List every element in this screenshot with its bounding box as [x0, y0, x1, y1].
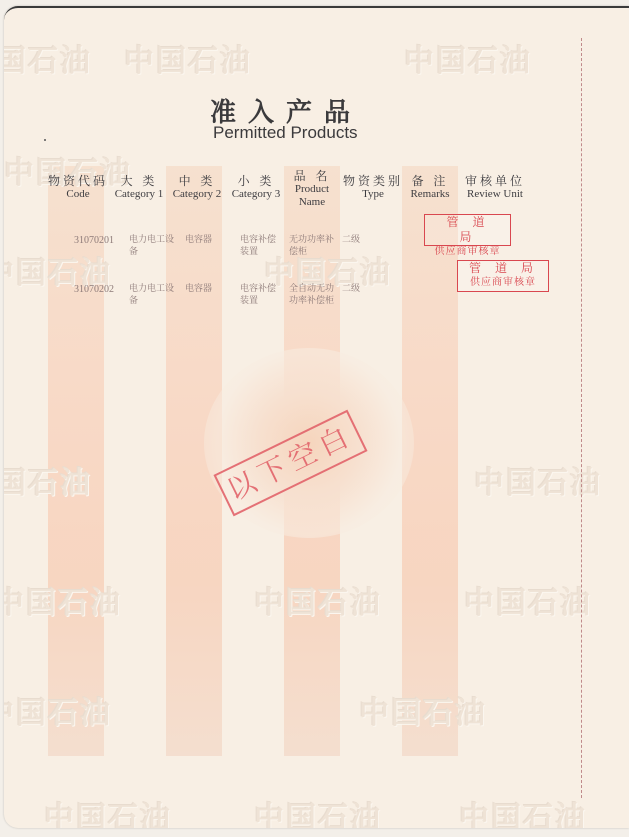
watermark: 中国石油 — [404, 36, 532, 80]
watermark: 中国石油 — [4, 458, 92, 502]
column-header-type: 物资类别 Type — [342, 175, 404, 201]
column-header-remarks: 备 注 Remarks — [402, 175, 458, 201]
row1-product-name: 无功功率补偿柜 — [289, 234, 339, 258]
column-header-category1: 大 类 Category 1 — [108, 175, 170, 201]
watermark: 中国石油 — [44, 793, 172, 828]
row2-category3: 电容补偿装置 — [240, 283, 280, 307]
row2-type: 二级 — [342, 283, 360, 295]
perforation-line — [581, 38, 582, 798]
certificate-page: 中国石油 中国石油 中国石油 中国石油 中国石油 中国石油 中国石油 中国石油 … — [4, 6, 629, 828]
column-header-review-unit: 审核单位 Review Unit — [458, 175, 532, 201]
row1-category1: 电力电工设备 — [129, 234, 179, 258]
watermark: 中国石油 — [474, 458, 602, 502]
watermark: 中国石油 — [359, 688, 487, 732]
row1-category2: 电容器 — [185, 234, 212, 246]
watermark: 中国石油 — [254, 793, 382, 828]
ink-dot — [44, 139, 46, 141]
page-title-en: Permitted Products — [213, 123, 358, 143]
column-header-category3: 小 类 Category 3 — [225, 175, 287, 201]
row1-type: 二级 — [342, 234, 360, 246]
watermark: 中国石油 — [4, 688, 112, 732]
row2-product-name: 全自动无功功率补偿柜 — [289, 283, 339, 307]
row2-category2: 电容器 — [185, 283, 212, 295]
watermark: 中国石油 — [4, 36, 92, 80]
review-unit-stamp: 管道局 供应商审核章 — [457, 260, 549, 292]
watermark: 中国石油 — [4, 578, 122, 622]
row1-category3: 电容补偿装置 — [240, 234, 280, 258]
column-header-category2: 中 类 Category 2 — [166, 175, 228, 201]
watermark: 中国石油 — [459, 793, 587, 828]
row1-code: 31070201 — [74, 235, 114, 247]
column-header-product-name: 品 名 Product Name — [284, 170, 340, 209]
watermark: 中国石油 — [464, 578, 592, 622]
row2-code: 31070202 — [74, 284, 114, 296]
row2-category1: 电力电工设备 — [129, 283, 179, 307]
watermark: 中国石油 — [124, 36, 252, 80]
review-unit-stamp: 管道局 供应商审核章 — [424, 214, 511, 246]
column-header-code: 物资代码 Code — [48, 175, 108, 201]
watermark: 中国石油 — [254, 578, 382, 622]
